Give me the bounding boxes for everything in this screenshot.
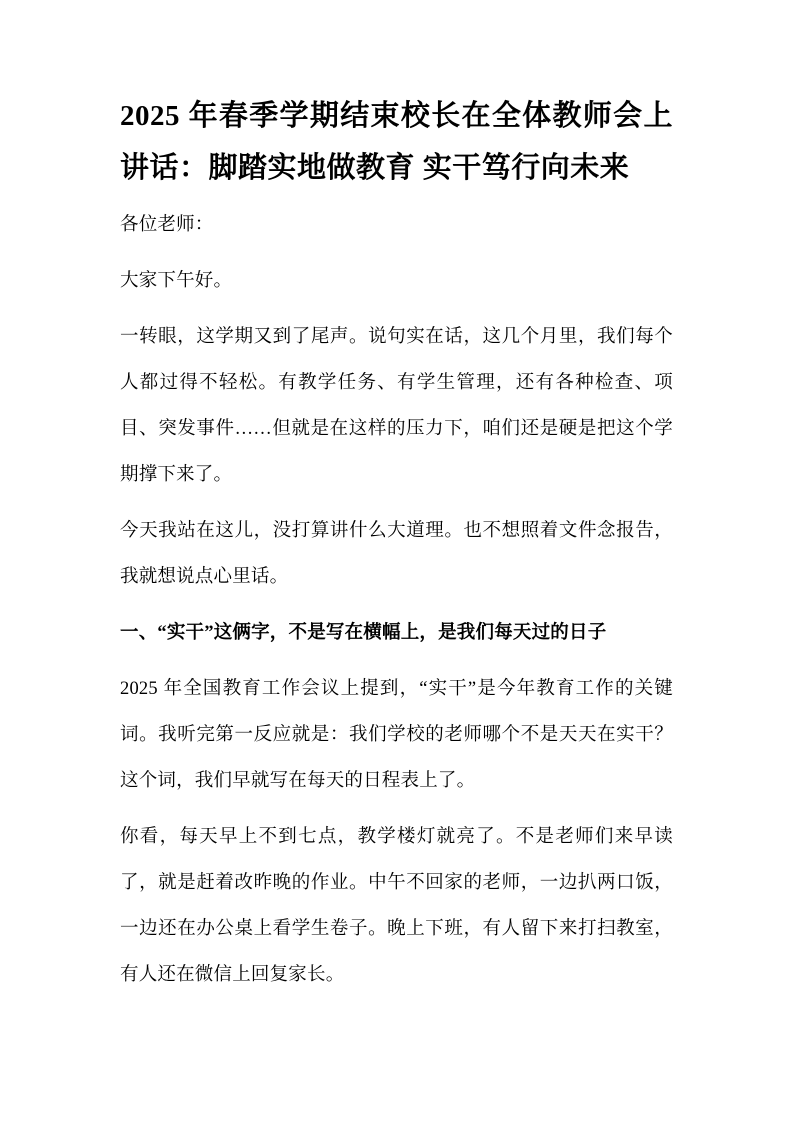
greeting-paragraph: 大家下午好。 [120, 258, 673, 304]
document-body: 各位老师： 大家下午好。 一转眼，这学期又到了尾声。说句实在话，这几个月里，我们… [120, 202, 673, 998]
paragraph-semester-recap: 一转眼，这学期又到了尾声。说句实在话，这几个月里，我们每个人都过得不轻松。有教学… [120, 314, 673, 498]
section-heading-shigan: 一、“实干”这俩字，不是写在横幅上，是我们每天过的日子 [120, 610, 673, 656]
salutation-paragraph: 各位老师： [120, 202, 673, 248]
paragraph-teachers-daily-work: 你看，每天早上不到七点，教学楼灯就亮了。不是老师们来早读了，就是赶着改昨晚的作业… [120, 814, 673, 998]
paragraph-keyword-shigan: 2025 年全国教育工作会议上提到，“实干”是今年教育工作的关键词。我听完第一反… [120, 666, 673, 804]
paragraph-speech-intent: 今天我站在这儿，没打算讲什么大道理。也不想照着文件念报告，我就想说点心里话。 [120, 508, 673, 600]
document-page: 2025 年春季学期结束校长在全体教师会上讲话：脚踏实地做教育 实干笃行向未来 … [0, 0, 793, 1122]
document-title: 2025 年春季学期结束校长在全体教师会上讲话：脚踏实地做教育 实干笃行向未来 [120, 90, 673, 194]
